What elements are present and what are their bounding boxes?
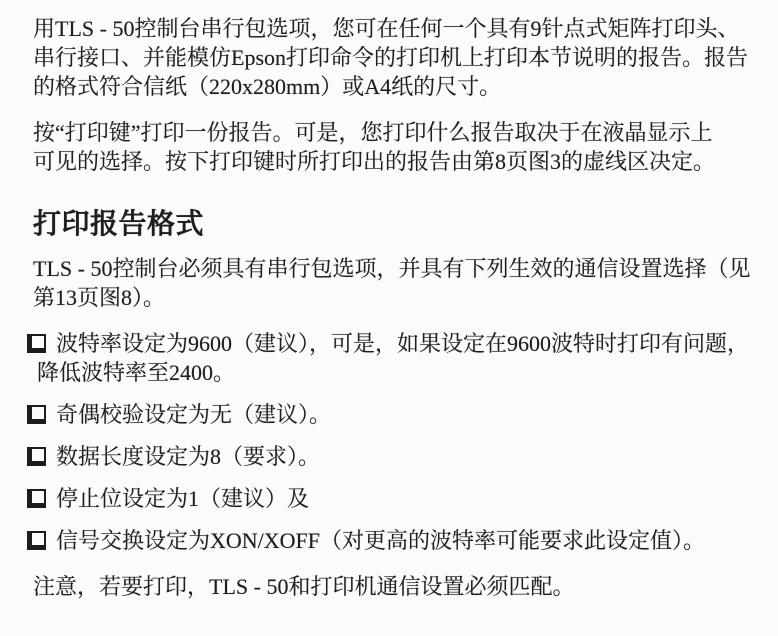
checklist-item-text: 波特率设定为9600（建议），可是，如果设定在9600波特时打印有问题， xyxy=(56,331,749,356)
checklist-item-data-length: 数据长度设定为8（要求）。 xyxy=(27,442,772,471)
checkbox-bullet-icon xyxy=(27,489,46,508)
text-line: 第13页图8）。 xyxy=(33,283,772,312)
comm-settings-list: 波特率设定为9600（建议），可是，如果设定在9600波特时打印有问题， 降低波… xyxy=(33,329,772,555)
text-line: 可见的选择。按下打印键时所打印出的报告由第8页图3的虚线区决定。 xyxy=(33,147,772,176)
text-line: 串行接口、并能模仿Epson打印命令的打印机上打印本节说明的报告。报告 xyxy=(33,43,772,72)
checklist-item-text-continuation: 降低波特率至2400。 xyxy=(37,358,772,387)
checkbox-bullet-icon xyxy=(27,447,46,466)
note-paragraph: 注意，若要打印，TLS - 50和打印机通信设置必须匹配。 xyxy=(33,572,772,601)
section-intro-paragraph: TLS - 50控制台必须具有串行包选项，并具有下列生效的通信设置选择（见 第1… xyxy=(33,254,772,312)
manual-page: 用TLS - 50控制台串行包选项，您可在任何一个具有9针点式矩阵打印头、 串行… xyxy=(0,0,778,636)
checklist-item-text: 数据长度设定为8（要求）。 xyxy=(56,444,320,469)
checkbox-bullet-icon xyxy=(27,334,46,353)
text-line: 注意，若要打印，TLS - 50和打印机通信设置必须匹配。 xyxy=(33,572,772,601)
checklist-item-parity: 奇偶校验设定为无（建议）。 xyxy=(27,400,772,429)
checklist-item-text: 信号交换设定为XON/XOFF（对更高的波特率可能要求此设定值）。 xyxy=(56,528,705,553)
checkbox-bullet-icon xyxy=(27,405,46,424)
checklist-item-stop-bit: 停止位设定为1（建议）及 xyxy=(27,484,772,513)
checklist-item-baud-rate: 波特率设定为9600（建议），可是，如果设定在9600波特时打印有问题， 降低波… xyxy=(27,329,772,387)
text-line: 用TLS - 50控制台串行包选项，您可在任何一个具有9针点式矩阵打印头、 xyxy=(33,14,772,43)
checkbox-bullet-icon xyxy=(27,531,46,550)
section-heading: 打印报告格式 xyxy=(33,206,772,242)
intro-paragraph-1: 用TLS - 50控制台串行包选项，您可在任何一个具有9针点式矩阵打印头、 串行… xyxy=(33,14,772,101)
checklist-item-text: 奇偶校验设定为无（建议）。 xyxy=(56,402,331,427)
checklist-item-handshake: 信号交换设定为XON/XOFF（对更高的波特率可能要求此设定值）。 xyxy=(27,526,772,555)
text-line: 的格式符合信纸（220x280mm）或A4纸的尺寸。 xyxy=(33,72,772,101)
text-line: TLS - 50控制台必须具有串行包选项，并具有下列生效的通信设置选择（见 xyxy=(33,254,772,283)
text-line: 按“打印键”打印一份报告。可是，您打印什么报告取决于在液晶显示上 xyxy=(33,118,772,147)
checklist-item-text: 停止位设定为1（建议）及 xyxy=(56,486,309,511)
intro-paragraph-2: 按“打印键”打印一份报告。可是，您打印什么报告取决于在液晶显示上 可见的选择。按… xyxy=(33,118,772,176)
